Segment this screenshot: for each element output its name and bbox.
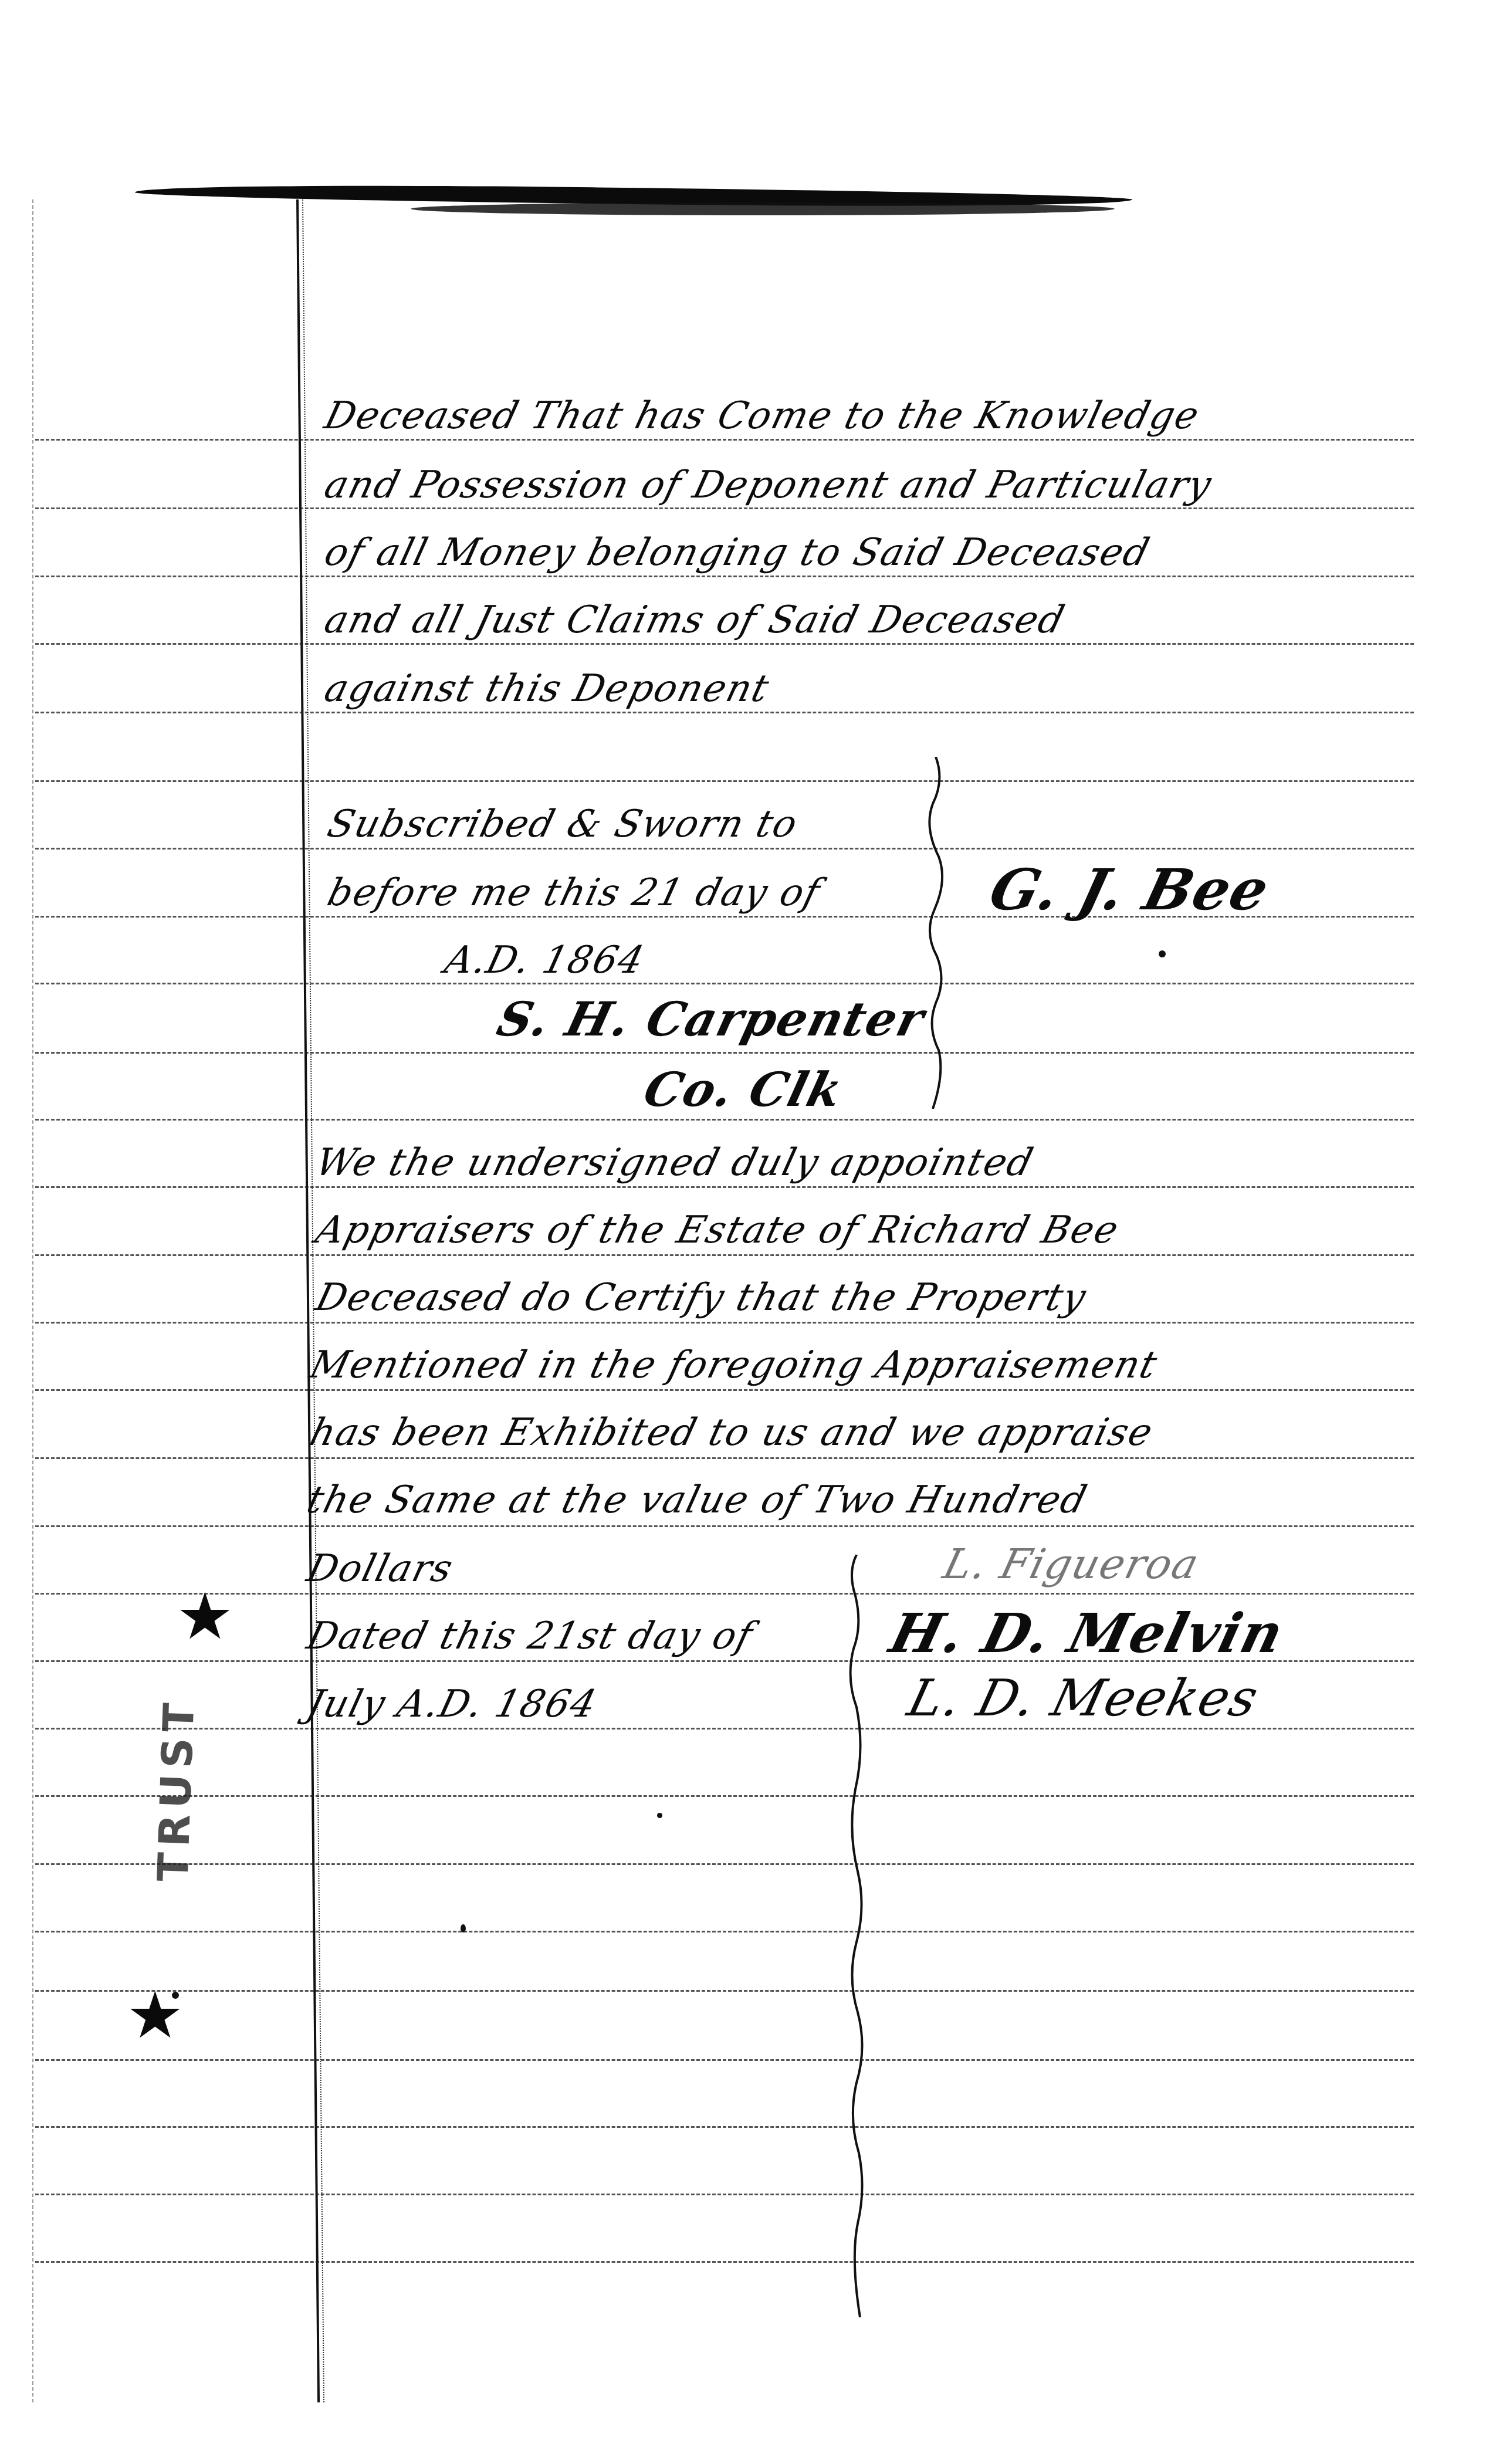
jurat-line: A.D. 1864 xyxy=(441,939,649,982)
jurat-line: before me this 21 day of xyxy=(323,871,825,915)
ruled-line xyxy=(35,643,1414,645)
appraiser-signature: H. D. Melvin xyxy=(884,1602,1291,1665)
ruled-line xyxy=(35,1931,1414,1932)
ruled-line xyxy=(35,1795,1414,1797)
ruled-line xyxy=(35,1863,1414,1865)
ruled-line xyxy=(35,439,1414,441)
appraisal-line: the Same at the value of Two Hundred xyxy=(303,1478,1092,1522)
ruled-line xyxy=(35,848,1414,849)
ruled-line xyxy=(35,1322,1414,1324)
appraiser-signature-faint: L. Figueroa xyxy=(939,1540,1204,1588)
appraisal-line: Dollars xyxy=(303,1547,458,1590)
ink-dot xyxy=(461,1924,466,1932)
deponent-signature: G. J. Bee xyxy=(983,857,1277,923)
brace-divider xyxy=(924,757,947,1109)
ruled-line xyxy=(35,1389,1414,1391)
jurat-line: Subscribed & Sworn to xyxy=(323,803,803,846)
torn-top-edge-shadow xyxy=(411,202,1115,215)
star-stamp-icon: ★ xyxy=(126,1983,184,2047)
clerk-title: Co. Clk xyxy=(638,1062,848,1117)
star-stamp-icon: ★ xyxy=(176,1584,234,1649)
brace-divider-long xyxy=(845,1555,868,2317)
ruled-line xyxy=(35,507,1414,509)
dated-line: Dated this 21st day of xyxy=(303,1615,758,1658)
ruled-line xyxy=(35,1525,1414,1527)
dated-line: July A.D. 1864 xyxy=(303,1683,601,1726)
ruled-line xyxy=(35,576,1414,577)
vertical-stamp: TRUST xyxy=(141,1660,211,1918)
ruled-line xyxy=(35,1186,1414,1188)
ruled-line xyxy=(35,712,1414,713)
ruled-line xyxy=(35,1119,1414,1121)
appraisal-line: has been Exhibited to us and we appraise xyxy=(306,1411,1158,1454)
affidavit-line: and all Just Claims of Said Deceased xyxy=(320,598,1069,642)
stamp-text: TRUST xyxy=(148,1697,204,1883)
ruled-line xyxy=(35,1052,1414,1054)
ruled-line xyxy=(35,1593,1414,1595)
ink-dot xyxy=(1159,950,1166,957)
ruled-line xyxy=(35,2059,1414,2061)
appraisal-line: Deceased do Certify that the Property xyxy=(312,1276,1091,1319)
ruled-line xyxy=(35,1254,1414,1256)
appraisal-line: Mentioned in the foregoing Appraisement xyxy=(306,1343,1162,1387)
affidavit-line: and Possession of Deponent and Particula… xyxy=(320,463,1217,507)
ruled-line xyxy=(35,1457,1414,1459)
clerk-signature: S. H. Carpenter xyxy=(492,991,930,1047)
ruled-line xyxy=(35,1728,1414,1729)
ruled-line xyxy=(35,2126,1414,2128)
ruled-line xyxy=(35,2261,1414,2263)
page-left-edge xyxy=(32,199,33,2402)
affidavit-line: against this Deponent xyxy=(320,667,774,710)
ruled-line xyxy=(35,2194,1414,2195)
appraisal-line: Appraisers of the Estate of Richard Bee xyxy=(312,1209,1124,1252)
affidavit-line: of all Money belonging to Said Deceased xyxy=(320,531,1155,574)
affidavit-line: Deceased That has Come to the Knowledge xyxy=(320,394,1204,438)
appraiser-signature: L. D. Meekes xyxy=(902,1669,1265,1728)
ruled-line xyxy=(35,983,1414,984)
ruled-line xyxy=(35,780,1414,782)
appraisal-line: We the undersigned duly appointed xyxy=(312,1141,1038,1184)
ruled-line xyxy=(35,1990,1414,1992)
ink-dot xyxy=(657,1813,662,1818)
